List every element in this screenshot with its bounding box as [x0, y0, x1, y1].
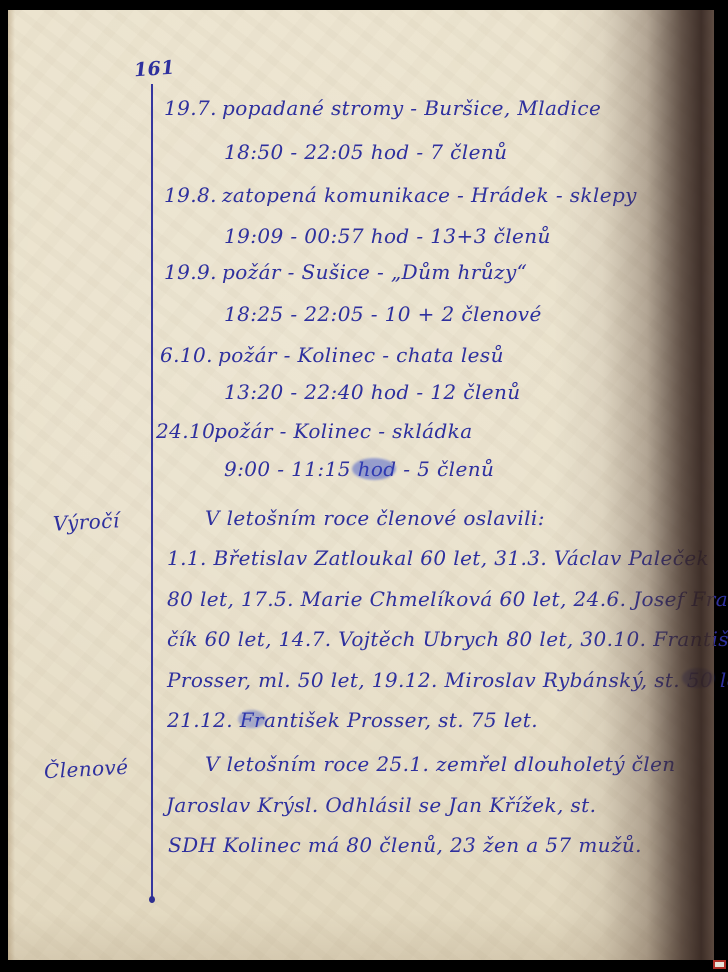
- members-line: Jaroslav Krýsl. Odhlásil se Jan Křížek, …: [166, 793, 596, 817]
- event-date: 19.7.: [164, 96, 222, 120]
- margin-rule-line: [151, 84, 153, 900]
- event-time: 13:20 - 22:40 hod - 12 členů: [224, 380, 521, 404]
- members-line: SDH Kolinec má 80 členů, 23 žen a 57 muž…: [168, 833, 642, 857]
- anniversaries-line: 21.12. František Prosser, st. 75 let.: [167, 708, 538, 732]
- margin-label-anniversaries: Výročí: [52, 508, 120, 535]
- event-entry: 6.10. požár - Kolinec - chata lesů: [160, 343, 504, 367]
- anniversaries-line: čík 60 let, 14.7. Vojtěch Ubrych 80 let,…: [167, 627, 728, 651]
- event-entry: 19.7. popadané stromy - Buršice, Mladice: [164, 96, 601, 120]
- event-description: požár - Kolinec - chata lesů: [218, 343, 504, 367]
- anniversaries-line: 1.1. Břetislav Zatloukal 60 let, 31.3. V…: [167, 546, 709, 570]
- event-date: 19.9.: [164, 260, 222, 284]
- event-entry: 24.10. požár - Kolinec - skládka: [156, 419, 473, 443]
- event-description: popadané stromy - Buršice, Mladice: [222, 96, 601, 120]
- margin-rule-end-dot: [149, 896, 155, 903]
- event-date: 6.10.: [160, 343, 218, 367]
- event-time: 18:25 - 22:05 - 10 + 2 členové: [224, 302, 542, 326]
- event-time: 18:50 - 22:05 hod - 7 členů: [224, 140, 507, 164]
- event-entry: 19.9. požár - Sušice - „Dům hrůzy“: [164, 260, 527, 284]
- event-entry: 19.8. zatopená komunikace - Hrádek - skl…: [164, 183, 637, 207]
- margin-label-members: Členové: [43, 755, 129, 783]
- members-line: V letošním roce 25.1. zemřel dlouholetý …: [205, 752, 676, 776]
- anniversaries-line: Prosser, ml. 50 let, 19.12. Miroslav Ryb…: [167, 668, 728, 692]
- event-time: 19:09 - 00:57 hod - 13+3 členů: [224, 224, 551, 248]
- corner-watermark: [713, 960, 726, 969]
- event-date: 24.10.: [156, 419, 214, 443]
- anniversaries-line: 80 let, 17.5. Marie Chmelíková 60 let, 2…: [167, 587, 728, 611]
- event-date: 19.8.: [164, 183, 222, 207]
- event-description: požár - Sušice - „Dům hrůzy“: [222, 260, 527, 284]
- event-description: požár - Kolinec - skládka: [214, 419, 473, 443]
- event-time: 9:00 - 11:15 hod - 5 členů: [224, 457, 494, 481]
- event-description: zatopená komunikace - Hrádek - sklepy: [222, 183, 637, 207]
- anniversaries-intro: V letošním roce členové oslavili:: [205, 506, 545, 530]
- scanned-chronicle-page: 161 19.7. popadané stromy - Buršice, Mla…: [0, 0, 728, 972]
- page-number: 161: [133, 57, 175, 82]
